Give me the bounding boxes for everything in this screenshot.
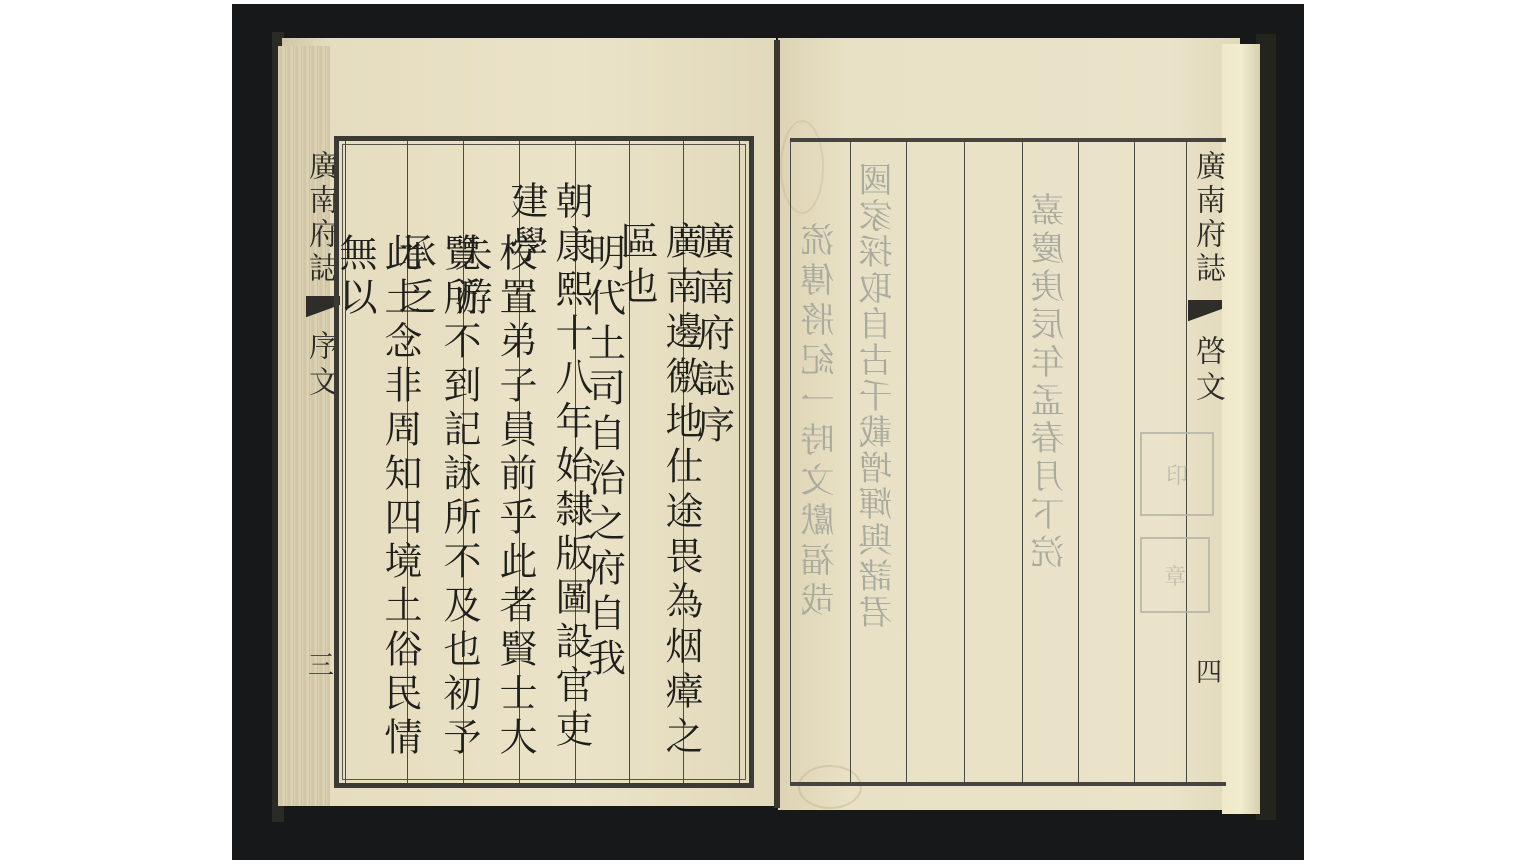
column-text: 此土念非周知四境土俗民情無以 [332,233,422,783]
book-gutter [774,40,780,808]
right-page-number: 四 [1196,652,1222,689]
bleed-through-text: 嘉慶庚辰年孟春月下浣 [1029,192,1073,572]
column-rule [790,142,791,782]
seal-text: 印 [1166,459,1188,490]
bleed-through-text: 流傳將紀一時文獻福哉 [799,222,843,622]
fishtail-mark-icon [1188,300,1222,326]
column-rule [739,141,740,783]
left-page-frame: 廣南府誌序 廣南邊徼地仕途畏為烟瘴之區也 明代土司自治之府自我 朝康熙十八年始隸… [334,136,754,788]
column-rule [1134,142,1135,782]
left-page-number: 三 [308,645,334,682]
right-page-frame: 嘉慶庚辰年孟春月下浣 國家採取自古千載增輝與諸君 流傳將紀一時文獻福哉 印 章 [790,138,1226,786]
text-column-7: 此土念非周知四境土俗民情無以 [347,141,407,783]
bleed-through-column-1: 嘉慶庚辰年孟春月下浣 [1024,142,1078,782]
seal-text: 章 [1164,560,1186,591]
column-rule [1022,142,1023,782]
column-rule [1078,142,1079,782]
right-margin-column: 廣南府誌 [1188,150,1226,286]
text-column-2: 廣南邊徼地仕途畏為烟瘴之區也 [631,141,685,783]
right-margin-section: 啓文 [1188,335,1226,407]
column-rule [850,142,851,782]
bleed-through-column-2: 國家採取自古千載增輝與諸君 [852,142,906,782]
bleed-through-column-3: 流傳將紀一時文獻福哉 [794,142,848,782]
margin-section: 啓文 [1185,335,1229,407]
bleed-through-text: 國家採取自古千載增輝與諸君 [857,162,901,630]
seal-stamp-icon: 章 [1140,537,1210,613]
seal-stamp-icon: 印 [1140,432,1214,516]
margin-title: 廣南府誌 [1185,150,1229,286]
column-rule [906,142,907,782]
column-rule [964,142,965,782]
